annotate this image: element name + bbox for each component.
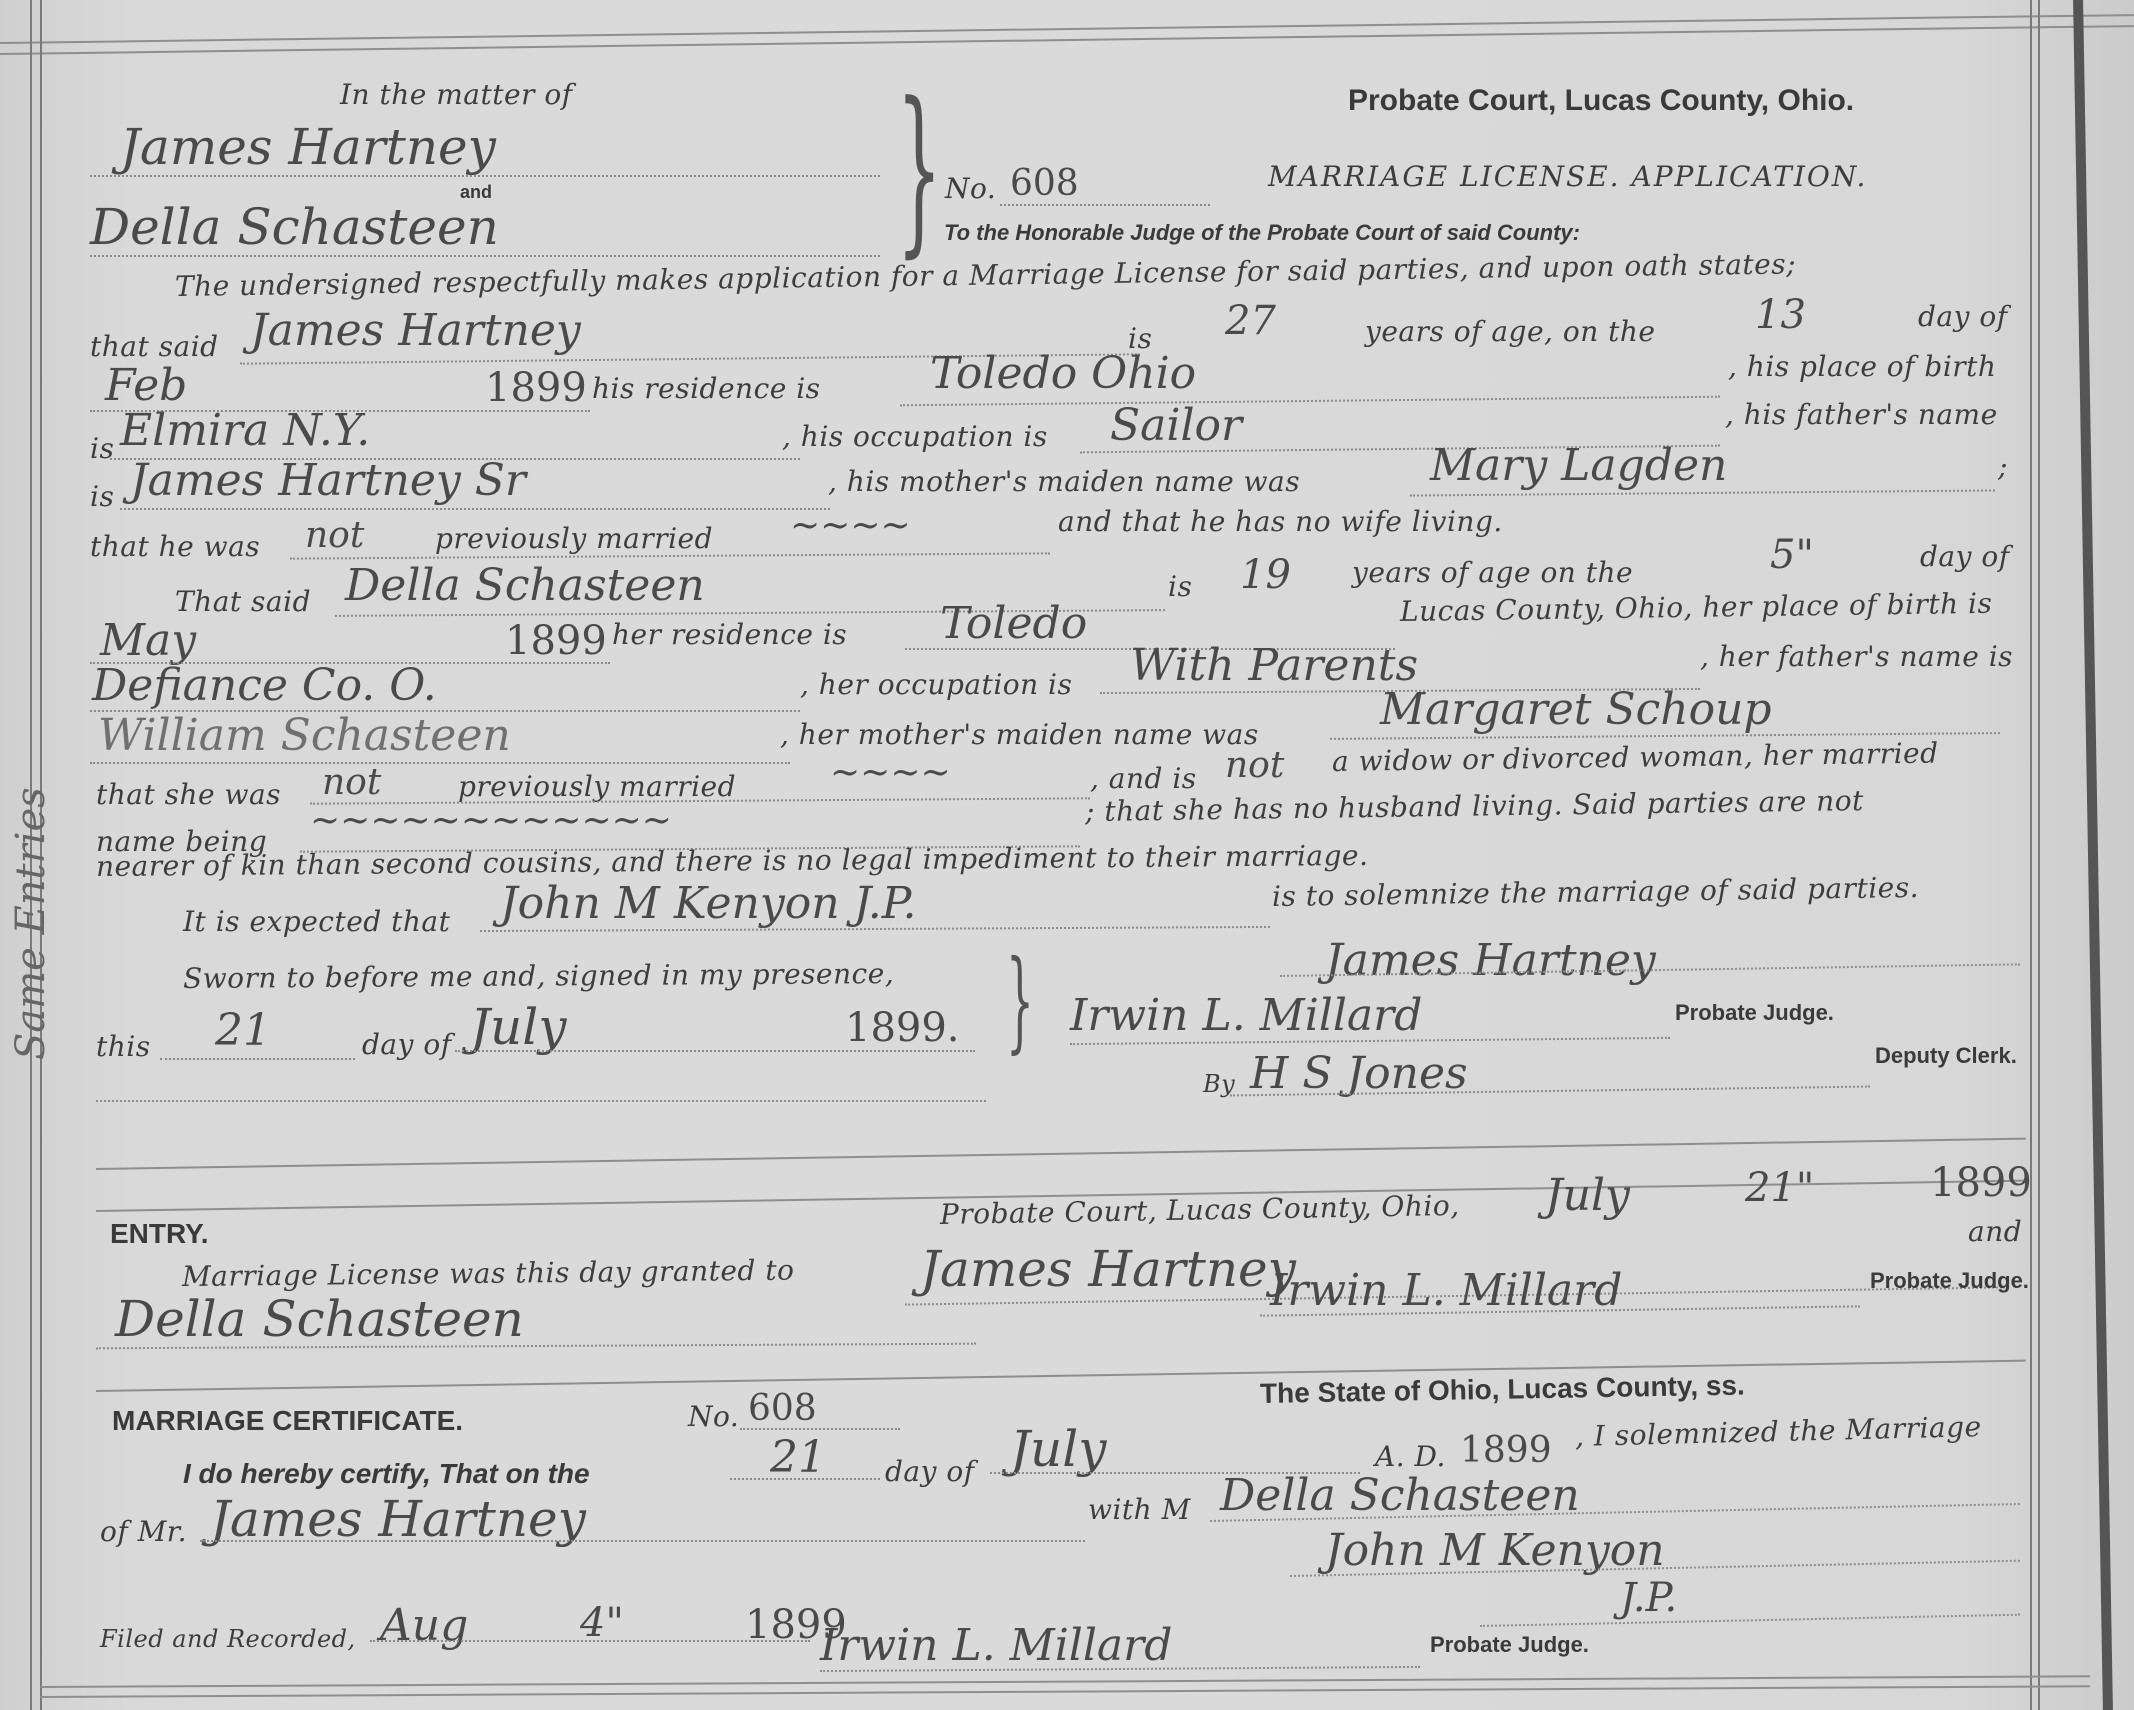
groom-birthplace[interactable]: Elmira N.Y. bbox=[120, 405, 370, 456]
certificate-title-line bbox=[1480, 1614, 2020, 1627]
certificate-filed-month[interactable]: Aug bbox=[380, 1600, 468, 1651]
binding-edge bbox=[2073, 0, 2113, 1710]
groom-prev-married-value[interactable]: not bbox=[305, 515, 364, 556]
entry-month[interactable]: July bbox=[1545, 1170, 1630, 1221]
entry-and-label: and bbox=[1968, 1215, 2022, 1248]
party2-name: Della Schasteen bbox=[90, 198, 499, 256]
groom-age-label: years of age, on the bbox=[1365, 315, 1656, 348]
bride-that-said-label: That said bbox=[175, 585, 311, 618]
entry-groom[interactable]: James Hartney bbox=[920, 1240, 1296, 1298]
oath-sworn-label: Sworn to before me and, signed in my pre… bbox=[183, 957, 894, 995]
record-page: Same Entries In the matter of James Hart… bbox=[0, 0, 2134, 1710]
bride-age-label: years of age on the bbox=[1352, 556, 1633, 589]
certificate-with-label: with M bbox=[1088, 1493, 1191, 1526]
applicant-signature: James Hartney bbox=[1325, 935, 1656, 986]
bride-year[interactable]: 1899 bbox=[505, 618, 607, 664]
groom-prev-married-label: previously married bbox=[435, 522, 713, 555]
bride-name-being-blank: ~~~~~~~~~~~~ bbox=[310, 800, 672, 841]
bride-widow-value[interactable]: not bbox=[1225, 745, 1284, 786]
groom-father[interactable]: James Hartney Sr bbox=[130, 455, 526, 506]
groom-day-of-label: day of bbox=[1918, 300, 2008, 333]
oath-blank-line-2 bbox=[96, 1138, 2026, 1170]
bride-prev-married-prefix: that she was bbox=[96, 778, 281, 811]
bride-occupation[interactable]: With Parents bbox=[1130, 640, 1418, 691]
certificate-number-line bbox=[740, 1428, 900, 1430]
court-title: Probate Court, Lucas County, Ohio. bbox=[1348, 84, 1854, 118]
certificate-year[interactable]: 1899 bbox=[1460, 1430, 1552, 1471]
bride-mother-label: , her mother's maiden name was bbox=[780, 718, 1259, 751]
certificate-filed-label: Filed and Recorded, bbox=[100, 1625, 356, 1653]
groom-prev-married-prefix: that he was bbox=[90, 530, 260, 563]
matter-label: In the matter of bbox=[340, 78, 573, 111]
certificate-judge-signature: Irwin L. Millard bbox=[820, 1620, 1172, 1671]
right-margin-rule-2 bbox=[2038, 0, 2040, 1710]
certificate-ad-label: A. D. bbox=[1375, 1440, 1446, 1473]
groom-father-prefix: is bbox=[90, 480, 114, 513]
bride-mother[interactable]: Margaret Schoup bbox=[1380, 684, 1772, 735]
address-line: To the Honorable Judge of the Probate Co… bbox=[944, 220, 1580, 246]
bride-birth-day[interactable]: 5" bbox=[1770, 532, 1814, 578]
bride-residence[interactable]: Toledo bbox=[940, 598, 1087, 649]
entry-day[interactable]: 21" bbox=[1745, 1165, 1814, 1211]
bride-widow-label: a widow or divorced woman, her married bbox=[1332, 737, 1939, 778]
bride-prev-married-label: previously married bbox=[458, 770, 736, 803]
oath-day-line bbox=[160, 1058, 355, 1060]
party2-line bbox=[90, 255, 880, 257]
certificate-day-of-label: day of bbox=[885, 1455, 975, 1488]
groom-no-wife-label: and that he has no wife living. bbox=[1058, 505, 1503, 538]
groom-mother[interactable]: Mary Lagden bbox=[1430, 440, 1727, 491]
groom-mother-label: , his mother's maiden name was bbox=[828, 465, 1300, 498]
groom-that-said-label: that said bbox=[90, 330, 219, 363]
entry-granted-label: Marriage License was this day granted to bbox=[182, 1254, 795, 1293]
groom-birthplace-label: , his place of birth bbox=[1728, 350, 1996, 383]
bride-no-husband-label: ; that she has no husband living. Said p… bbox=[1085, 784, 1864, 828]
groom-semicolon: ; bbox=[1998, 450, 2008, 483]
certificate-day[interactable]: 21 bbox=[770, 1432, 826, 1483]
license-no-label: No. bbox=[945, 172, 996, 205]
officiant-expected-label: It is expected that bbox=[183, 905, 450, 938]
bride-birthplace[interactable]: Defiance Co. O. bbox=[92, 660, 437, 711]
margin-note: Same Entries bbox=[8, 787, 54, 1060]
entry-heading: ENTRY. bbox=[110, 1218, 209, 1250]
groom-year[interactable]: 1899 bbox=[485, 365, 587, 411]
certificate-number: 608 bbox=[748, 1388, 817, 1429]
groom-occupation-label: , his occupation is bbox=[782, 420, 1048, 453]
certificate-state-label: The State of Ohio, Lucas County, ss. bbox=[1260, 1370, 1745, 1410]
bride-father-label: , her father's name is bbox=[1700, 640, 2013, 673]
oath-day[interactable]: 21 bbox=[215, 1005, 271, 1056]
certificate-officiant-title: J.P. bbox=[1620, 1575, 1677, 1621]
header-brace: } bbox=[896, 80, 942, 260]
bride-county-label: Lucas County, Ohio, her place of birth i… bbox=[1400, 587, 1993, 628]
license-no: 608 bbox=[1010, 163, 1079, 204]
entry-judge-label: Probate Judge. bbox=[1870, 1268, 2029, 1294]
oath-this-label: this bbox=[96, 1030, 151, 1063]
certificate-certify-label: I do hereby certify, That on the bbox=[183, 1458, 590, 1490]
groom-age[interactable]: 27 bbox=[1225, 298, 1276, 344]
entry-judge-signature: Irwin L. Millard bbox=[1270, 1265, 1622, 1316]
certificate-solemnized-label: , I solemnized the Marriage bbox=[1575, 1410, 1982, 1453]
bride-occupation-label: , her occupation is bbox=[800, 668, 1072, 701]
bride-age[interactable]: 19 bbox=[1240, 552, 1291, 598]
bride-prev-married-value[interactable]: not bbox=[322, 762, 381, 803]
groom-birth-month[interactable]: Feb bbox=[105, 360, 187, 411]
certificate-judge-label: Probate Judge. bbox=[1430, 1632, 1589, 1658]
groom-name[interactable]: James Hartney bbox=[250, 305, 581, 356]
form-title: MARRIAGE LICENSE. APPLICATION. bbox=[1268, 160, 1867, 193]
officiant-solemnize-label: is to solemnize the marriage of said par… bbox=[1272, 871, 1919, 913]
certificate-no-label: No. bbox=[688, 1400, 739, 1433]
right-margin-rule-1 bbox=[2030, 0, 2032, 1710]
certificate-groom-line bbox=[200, 1540, 1085, 1542]
groom-occupation[interactable]: Sailor bbox=[1110, 400, 1242, 451]
bottom-double-rule-2 bbox=[40, 1685, 2090, 1698]
entry-year[interactable]: 1899 bbox=[1930, 1160, 2032, 1206]
groom-father-line bbox=[120, 508, 830, 510]
certificate-of-mr-label: of Mr. bbox=[100, 1515, 187, 1548]
bride-residence-label: her residence is bbox=[612, 618, 847, 651]
bride-widow-prefix: , and is bbox=[1090, 762, 1197, 795]
bride-name[interactable]: Della Schasteen bbox=[345, 560, 705, 611]
oath-judge-signature: Irwin L. Millard bbox=[1070, 990, 1422, 1041]
oath-judge-label: Probate Judge. bbox=[1675, 1000, 1834, 1026]
entry-bride[interactable]: Della Schasteen bbox=[115, 1290, 524, 1348]
bride-kin-label: nearer of kin than second cousins, and t… bbox=[96, 839, 1369, 883]
groom-residence[interactable]: Toledo Ohio bbox=[930, 348, 1196, 399]
oath-month-line bbox=[455, 1050, 975, 1052]
bride-birth-month[interactable]: May bbox=[100, 615, 196, 666]
clerk-label: Deputy Clerk. bbox=[1875, 1043, 2017, 1069]
oath-day-of-label: day of bbox=[362, 1028, 452, 1061]
bride-prev-married-blank: ~~~~ bbox=[830, 752, 951, 793]
officiant-name[interactable]: John M Kenyon J.P. bbox=[500, 878, 916, 929]
bride-day-of-label: day of bbox=[1920, 540, 2010, 573]
certificate-filed-line bbox=[370, 1640, 810, 1642]
certificate-month[interactable]: July bbox=[1010, 1420, 1106, 1478]
bride-father[interactable]: William Schasteen bbox=[98, 710, 511, 761]
groom-residence-label: his residence is bbox=[592, 372, 821, 405]
party1-name: James Hartney bbox=[120, 118, 496, 176]
groom-birth-day[interactable]: 13 bbox=[1755, 292, 1806, 338]
certificate-day-line bbox=[730, 1478, 880, 1480]
oath-blank-line-1 bbox=[96, 1100, 986, 1102]
oath-year[interactable]: 1899. bbox=[845, 1005, 960, 1051]
oath-brace: } bbox=[1006, 945, 1034, 1055]
groom-prev-married-blank: ~~~~ bbox=[790, 505, 911, 546]
license-no-line bbox=[1000, 204, 1210, 206]
groom-birthplace-prefix: is bbox=[90, 432, 114, 465]
bride-father-line bbox=[90, 762, 790, 764]
bride-is-label: is bbox=[1168, 570, 1192, 603]
groom-father-label: , his father's name bbox=[1725, 398, 1998, 431]
oath-month[interactable]: July bbox=[470, 998, 566, 1056]
certificate-heading: MARRIAGE CERTIFICATE. bbox=[112, 1405, 463, 1437]
party1-line bbox=[90, 175, 880, 177]
